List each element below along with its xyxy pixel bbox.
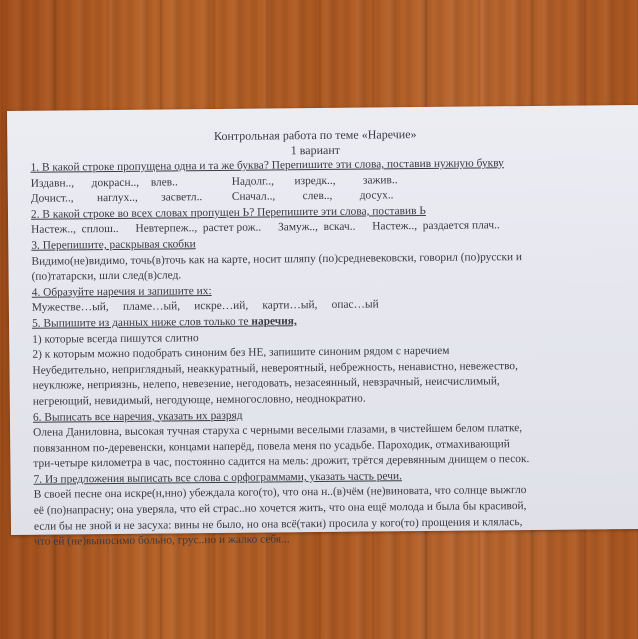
task-5-heading-text: 5. Выпишите из данных ниже слов только т… [32, 316, 251, 330]
task-2-item: Настеж.., раздается плач.. [372, 220, 500, 233]
task-1-row-2-right: Сначал.., слев.., досух.. [232, 188, 394, 205]
paper-sheet: Контрольная работа по теме «Наречие» 1 в… [7, 105, 638, 535]
task-1-row-1-right: Надолг.., изредк.., зажив.. [232, 173, 398, 190]
task-2-item: Невтерпеж.., растет рож.. [135, 222, 261, 235]
task-2-item: Замуж.., вскач.. [278, 221, 356, 234]
test-document: Контрольная работа по теме «Наречие» 1 в… [30, 125, 614, 550]
task-5-heading-bold: наречия, [251, 315, 296, 327]
task-2-item: Настеж.., сплош.. [31, 223, 119, 236]
task-1-row-2-left: Дочист.., наглух.., засветл.. [31, 190, 232, 208]
